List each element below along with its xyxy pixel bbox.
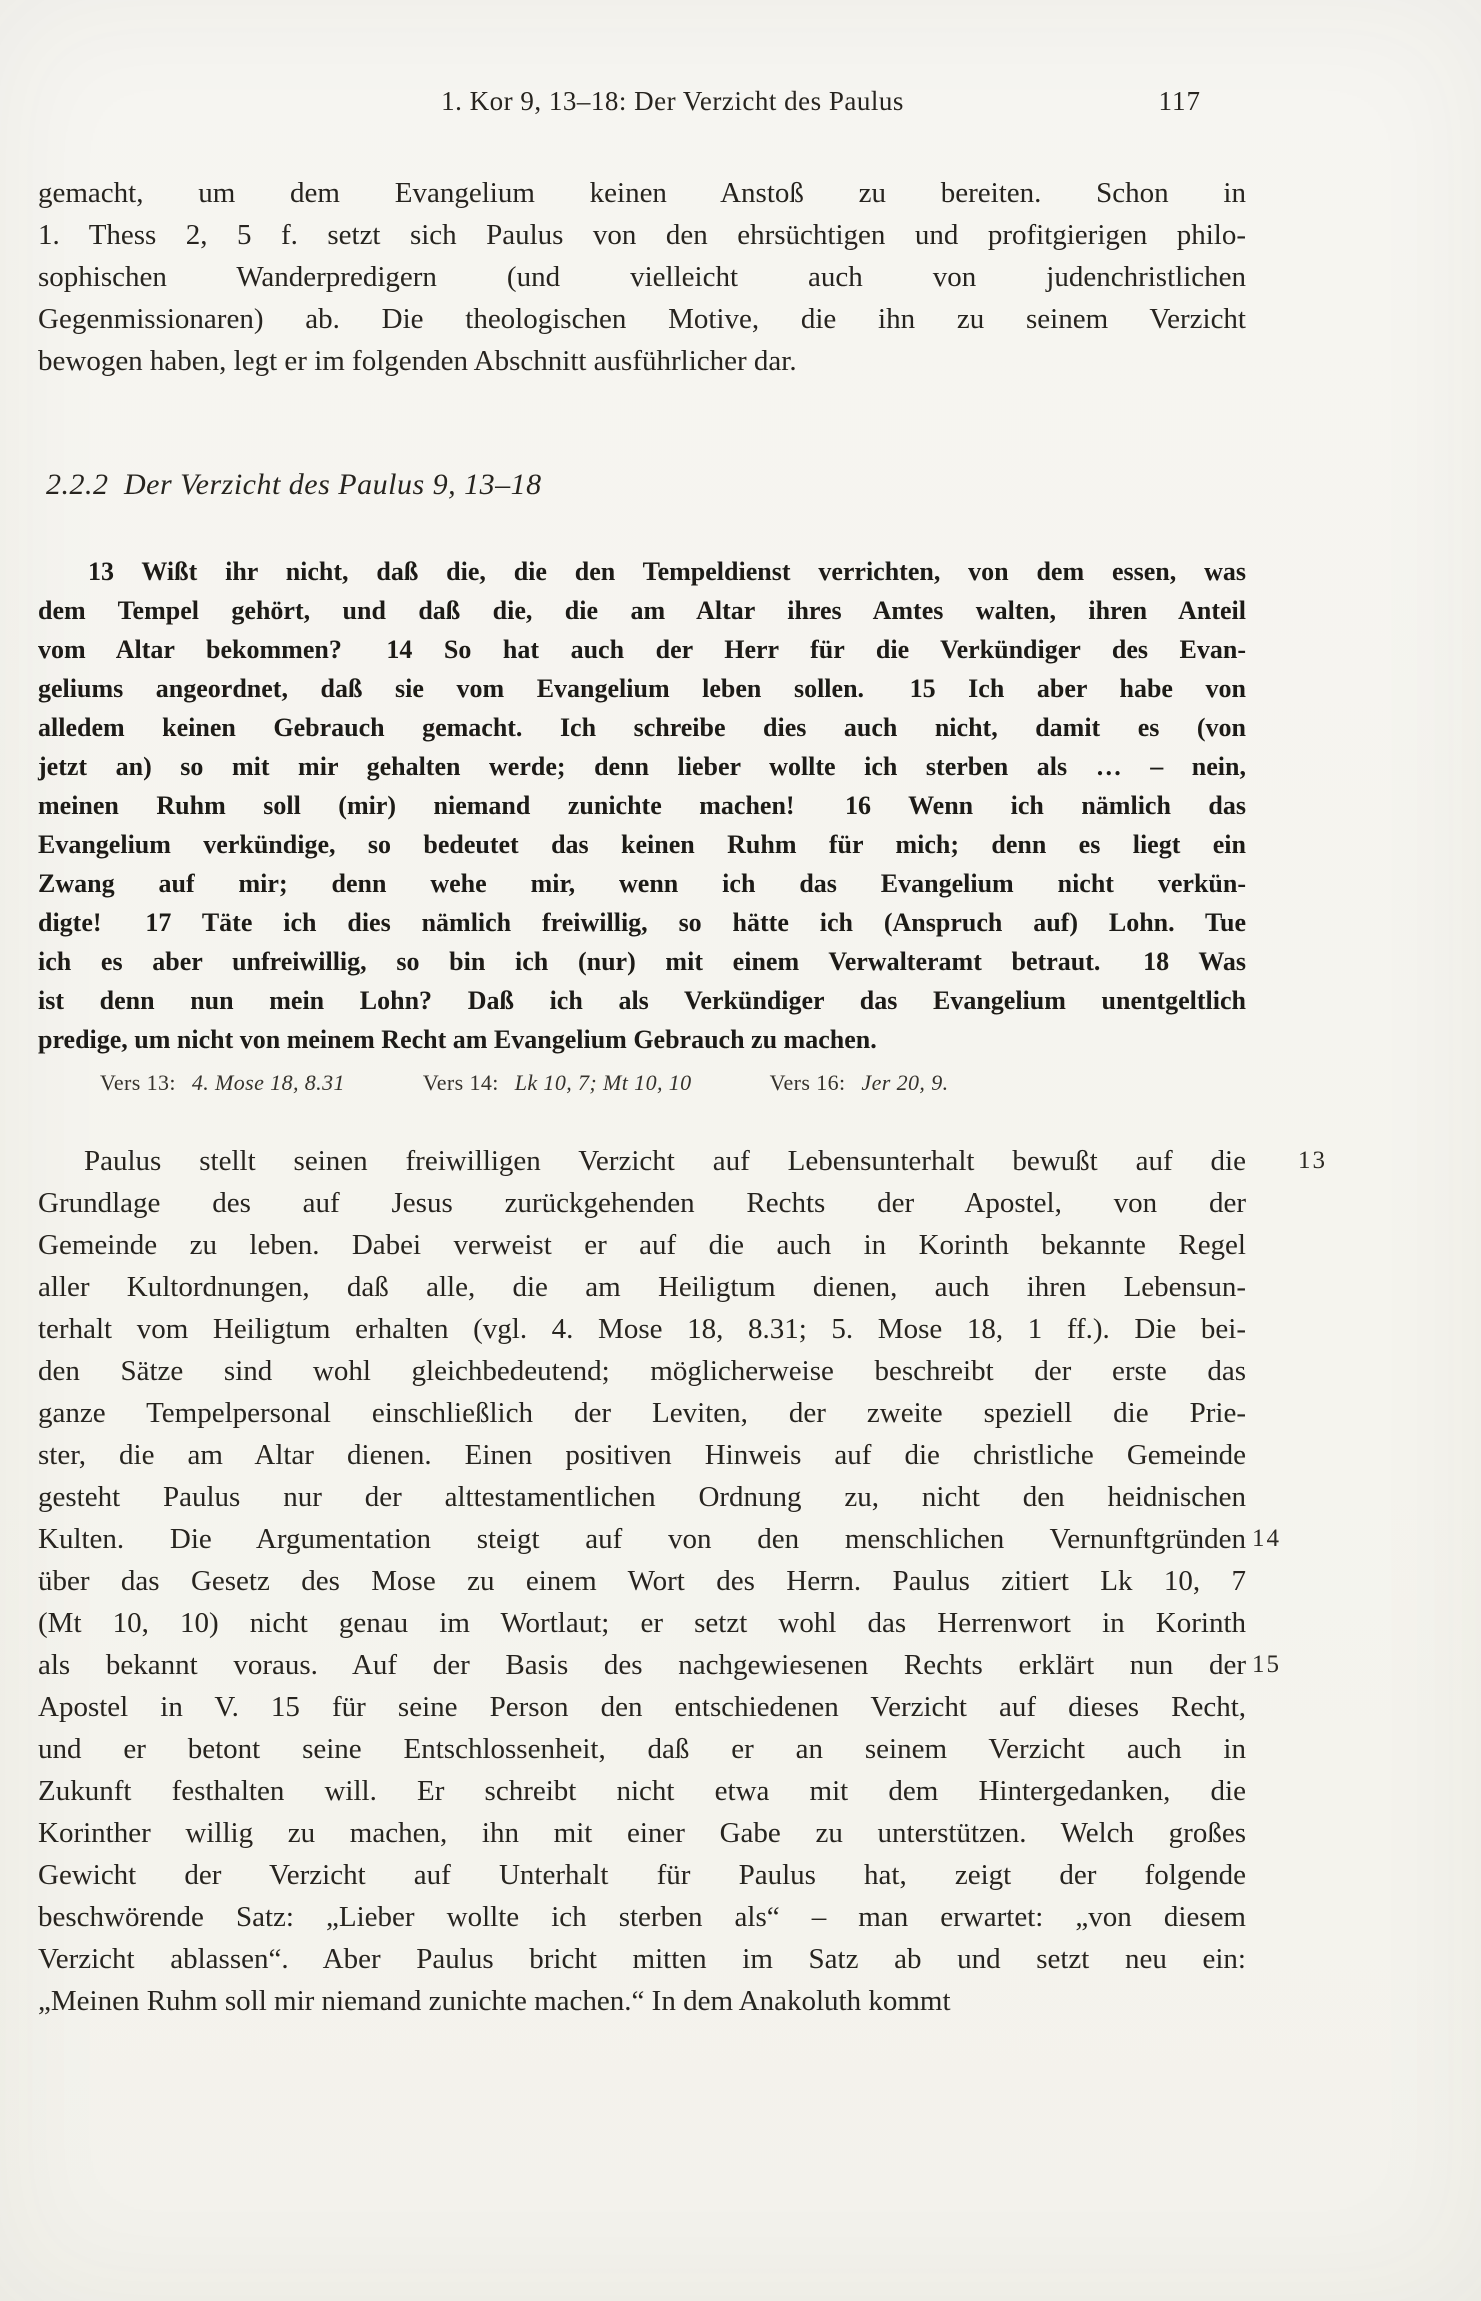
quote-line: digte! 17 Täte ich dies nämlich freiwill… <box>38 903 1246 942</box>
text-line: Kulten. Die Argumentation steigt auf von… <box>38 1518 1246 1560</box>
text-line: terhalt vom Heiligtum erhalten (vgl. 4. … <box>38 1308 1246 1350</box>
verse-margin-number: 13 <box>1252 1140 1327 1182</box>
quote-line: alledem keinen Gebrauch gemacht. Ich sch… <box>38 708 1246 747</box>
book-page: 1. Kor 9, 13–18: Der Verzicht des Paulus… <box>0 0 1481 2301</box>
verse-reference-label: Vers 16: <box>770 1070 846 1095</box>
text-line: aller Kultordnungen, daß alle, die am He… <box>38 1266 1246 1308</box>
quote-line: dem Tempel gehört, und daß die, die am A… <box>38 591 1246 630</box>
text-line: gemacht, um dem Evangelium keinen Anstoß… <box>38 172 1246 214</box>
quote-line: ich es aber unfreiwillig, so bin ich (nu… <box>38 942 1246 981</box>
text-line: Zukunft festhalten will. Er schreibt nic… <box>38 1770 1246 1812</box>
verse-reference: Vers 13: 4. Mose 18, 8.31 <box>100 1070 345 1096</box>
verse-margin-number: 14 <box>1252 1518 1281 1560</box>
quote-line: ist denn nun mein Lohn? Daß ich als Verk… <box>38 981 1246 1020</box>
text-line-content: als bekannt voraus. Auf der Basis des na… <box>38 1649 1246 1681</box>
text-line: über das Gesetz des Mose zu einem Wort d… <box>38 1560 1246 1602</box>
text-line: bewogen haben, legt er im folgenden Absc… <box>38 340 1246 382</box>
text-line: beschwörende Satz: „Lieber wollte ich st… <box>38 1896 1246 1938</box>
bible-quote-block: 13 Wißt ihr nicht, daß die, die den Temp… <box>38 552 1246 1059</box>
quote-line: 13 Wißt ihr nicht, daß die, die den Temp… <box>38 552 1246 591</box>
verse-reference-citation: Jer 20, 9. <box>861 1070 948 1095</box>
verse-reference-label: Vers 14: <box>423 1070 499 1095</box>
verse-margin-number: 15 <box>1252 1644 1281 1686</box>
text-line: Verzicht ablassen“. Aber Paulus bricht m… <box>38 1938 1246 1980</box>
text-line: als bekannt voraus. Auf der Basis des na… <box>38 1644 1246 1686</box>
text-line: Korinther willig zu machen, ihn mit eine… <box>38 1812 1246 1854</box>
text-line-content: Kulten. Die Argumentation steigt auf von… <box>38 1523 1246 1555</box>
text-line: Gegenmissionaren) ab. Die theologischen … <box>38 298 1246 340</box>
text-line: 1. Thess 2, 5 f. setzt sich Paulus von d… <box>38 214 1246 256</box>
commentary-paragraph: Paulus stellt seinen freiwilligen Verzic… <box>38 1140 1246 2022</box>
text-line: den Sätze sind wohl gleichbedeutend; mög… <box>38 1350 1246 1392</box>
text-line: Apostel in V. 15 für seine Person den en… <box>38 1686 1246 1728</box>
verse-reference-citation: Lk 10, 7; Mt 10, 10 <box>515 1070 692 1095</box>
text-line: Gewicht der Verzicht auf Unterhalt für P… <box>38 1854 1246 1896</box>
text-line: Gemeinde zu leben. Dabei verweist er auf… <box>38 1224 1246 1266</box>
text-line: sophischen Wanderpredigern (und vielleic… <box>38 256 1246 298</box>
text-line: ganze Tempelpersonal einschließlich der … <box>38 1392 1246 1434</box>
quote-line: vom Altar bekommen? 14 So hat auch der H… <box>38 630 1246 669</box>
verse-reference-citation: 4. Mose 18, 8.31 <box>192 1070 345 1095</box>
section-heading: 2.2.2 Der Verzicht des Paulus 9, 13–18 <box>46 468 542 502</box>
running-header: 1. Kor 9, 13–18: Der Verzicht des Paulus… <box>40 86 1245 122</box>
quote-line: jetzt an) so mit mir gehalten werde; den… <box>38 747 1246 786</box>
text-line: (Mt 10, 10) nicht genau im Wortlaut; er … <box>38 1602 1246 1644</box>
text-line: gesteht Paulus nur der alttestamentliche… <box>38 1476 1246 1518</box>
intro-paragraph: gemacht, um dem Evangelium keinen Anstoß… <box>38 172 1246 382</box>
page-number: 117 <box>1159 86 1202 117</box>
text-line-content: Paulus stellt seinen freiwilligen Verzic… <box>84 1145 1246 1177</box>
running-header-title: 1. Kor 9, 13–18: Der Verzicht des Paulus <box>70 86 1275 117</box>
text-line: und er betont seine Entschlossenheit, da… <box>38 1728 1246 1770</box>
quote-line: Evangelium verkündige, so bedeutet das k… <box>38 825 1246 864</box>
quote-line: meinen Ruhm soll (mir) niemand zunichte … <box>38 786 1246 825</box>
quote-line: predige, um nicht von meinem Recht am Ev… <box>38 1020 1246 1059</box>
verse-reference: Vers 14: Lk 10, 7; Mt 10, 10 <box>423 1070 692 1096</box>
quote-line: geliums angeordnet, daß sie vom Evangeli… <box>38 669 1246 708</box>
verse-references: Vers 13: 4. Mose 18, 8.31 Vers 14: Lk 10… <box>100 1070 949 1096</box>
text-line: Grundlage des auf Jesus zurückgehenden R… <box>38 1182 1246 1224</box>
verse-reference: Vers 16: Jer 20, 9. <box>770 1070 949 1096</box>
text-line: ster, die am Altar dienen. Einen positiv… <box>38 1434 1246 1476</box>
quote-line: Zwang auf mir; denn wehe mir, wenn ich d… <box>38 864 1246 903</box>
text-line: Paulus stellt seinen freiwilligen Verzic… <box>38 1140 1246 1182</box>
text-line: „Meinen Ruhm soll mir niemand zunichte m… <box>38 1980 1246 2022</box>
verse-reference-label: Vers 13: <box>100 1070 176 1095</box>
